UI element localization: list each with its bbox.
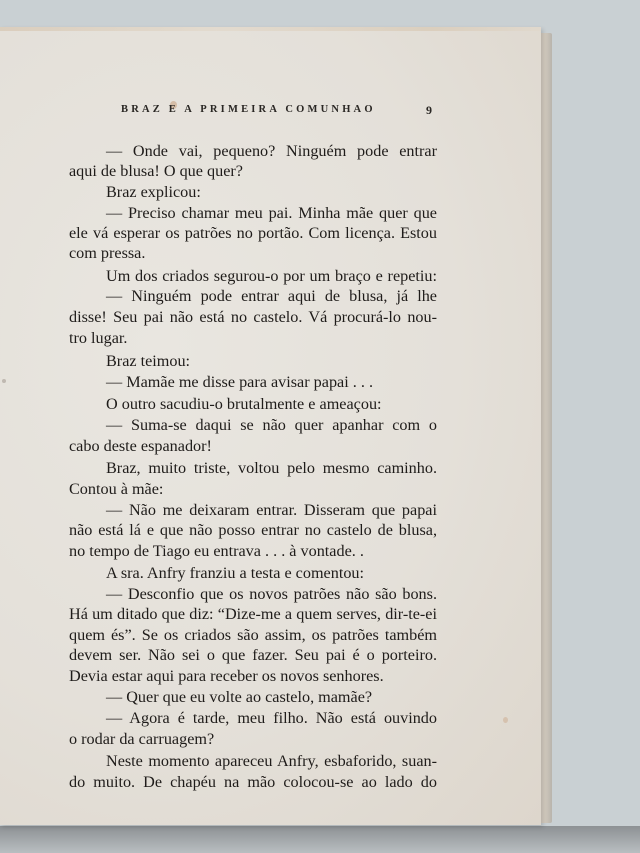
text-line: O outro sacudiu-o brutalmente e ameaçou:	[106, 394, 437, 414]
text-line: A sra. Anfry franziu a testa e comentou:	[106, 563, 437, 583]
text-line: — Preciso chamar meu pai. Minha mãe quer…	[106, 203, 437, 223]
text-line: tro lugar.	[69, 328, 437, 348]
text-line: o rodar da carruagem?	[69, 729, 437, 749]
text-line: Neste momento apareceu Anfry, esbaforido…	[106, 751, 437, 771]
fox-spot	[503, 717, 508, 723]
page-top-edge	[0, 27, 541, 31]
text-line: ele vá esperar os patrões no portão. Com…	[69, 223, 437, 243]
text-line: devem ser. Não sei o que fazer. Seu pai …	[69, 645, 437, 665]
text-line: Um dos criados segurou-o por um braço e …	[106, 266, 437, 286]
text-line: Contou à mãe:	[69, 479, 437, 499]
text-line: Há um ditado que diz: “Dize-me a quem se…	[69, 604, 437, 624]
text-line: no tempo de Tiago eu entrava . . . à von…	[69, 541, 437, 561]
text-line: — Onde vai, pequeno? Ninguém pode entrar	[106, 141, 437, 161]
text-line: — Desconfio que os novos patrões não são…	[106, 584, 437, 604]
page-number: 9	[426, 103, 432, 118]
text-line: cabo deste espanador!	[69, 436, 437, 456]
text-line: não está lá e que não posso entrar no ca…	[69, 520, 437, 540]
text-line: — Quer que eu volte ao castelo, mamãe?	[106, 687, 437, 707]
fox-spot	[2, 379, 6, 383]
table-surface	[0, 826, 640, 853]
text-line: Braz, muito triste, voltou pelo mesmo ca…	[106, 458, 437, 478]
text-line: Braz explicou:	[106, 182, 437, 202]
running-head: BRAZ E A PRIMEIRA COMUNHAO	[121, 104, 376, 115]
text-line: — Mamãe me disse para avisar papai . . .	[106, 372, 437, 392]
text-line: com pressa.	[69, 243, 437, 263]
text-line: — Agora é tarde, meu filho. Não está ouv…	[106, 708, 437, 728]
text-line: Braz teimou:	[106, 351, 437, 371]
text-line: quem és”. Se os criados são assim, os pa…	[69, 625, 437, 645]
text-line: do muito. De chapéu na mão colocou-se ao…	[69, 772, 437, 792]
text-line: — Não me deixaram entrar. Disseram que p…	[106, 500, 437, 520]
text-line: — Suma-se daqui se não quer apanhar com …	[106, 415, 437, 435]
text-line: Devia estar aqui para receber os novos s…	[69, 666, 437, 686]
text-line: — Ninguém pode entrar aqui de blusa, já …	[106, 286, 437, 306]
text-line: aqui de blusa! O que quer?	[69, 161, 437, 181]
text-line: disse! Seu pai não está no castelo. Vá p…	[69, 307, 437, 327]
